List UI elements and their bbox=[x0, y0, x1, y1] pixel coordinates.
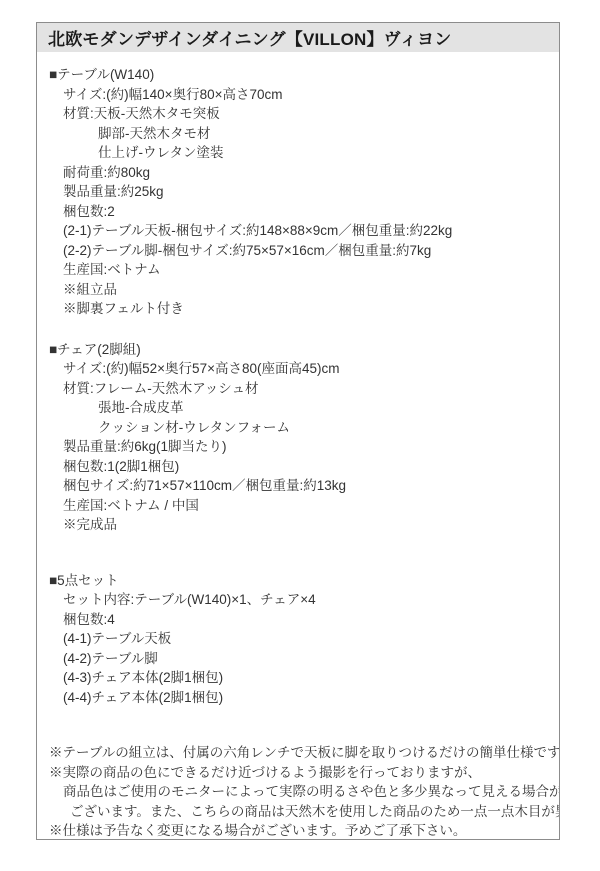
chair-origin-line: 生産国:ベトナム / 中国 bbox=[37, 496, 559, 516]
note-assembly-line: ※テーブルの組立は、付属の六角レンチで天板に脚を取りつけるだけの簡単仕様です。 bbox=[37, 743, 559, 763]
note-color-line1: ※実際の商品の色にできるだけ近づけるよう撮影を行っておりますが、 bbox=[37, 763, 559, 783]
chair-size-line: サイズ:(約)幅52×奥行57×高さ80(座面高45)cm bbox=[37, 359, 559, 379]
chair-package-size-line: 梱包サイズ:約71×57×110cm／梱包重量:約13kg bbox=[37, 476, 559, 496]
chair-cushion-line: クッション材-ウレタンフォーム bbox=[37, 418, 559, 438]
set-section-heading: ■5点セット bbox=[37, 571, 559, 591]
chair-section-heading: ■チェア(2脚組) bbox=[37, 340, 559, 360]
table-material-legs-line: 脚部-天然木タモ材 bbox=[37, 124, 559, 144]
table-package1-line: (2-1)テーブル天板-梱包サイズ:約148×88×9cm／梱包重量:約22kg bbox=[37, 221, 559, 241]
table-spec-section: ■テーブル(W140) サイズ:(約)幅140×奥行80×高さ70cm 材質:天… bbox=[37, 65, 559, 319]
note-color-line2: 商品色はご使用のモニターによって実際の明るさや色と多少異なって見える場合が bbox=[37, 782, 559, 802]
set-package-count-line: 梱包数:4 bbox=[37, 610, 559, 630]
note-spec-change-line: ※仕様は予告なく変更になる場合がございます。予めご了承下さい。 bbox=[37, 821, 559, 840]
set-package1-line: (4-1)テーブル天板 bbox=[37, 629, 559, 649]
disclaimer-notes-section: ※テーブルの組立は、付属の六角レンチで天板に脚を取りつけるだけの簡単仕様です。 … bbox=[37, 743, 559, 840]
table-material-line: 材質:天板-天然木タモ突板 bbox=[37, 104, 559, 124]
chair-spec-section: ■チェア(2脚組) サイズ:(約)幅52×奥行57×高さ80(座面高45)cm … bbox=[37, 340, 559, 535]
set-package4-line: (4-4)チェア本体(2脚1梱包) bbox=[37, 688, 559, 708]
table-felt-note-line: ※脚裏フェルト付き bbox=[37, 299, 559, 319]
table-weight-line: 製品重量:約25kg bbox=[37, 182, 559, 202]
chair-finished-note-line: ※完成品 bbox=[37, 515, 559, 535]
set-contents-line: セット内容:テーブル(W140)×1、チェア×4 bbox=[37, 590, 559, 610]
table-package2-line: (2-2)テーブル脚-梱包サイズ:約75×57×16cm／梱包重量:約7kg bbox=[37, 241, 559, 261]
set-spec-section: ■5点セット セット内容:テーブル(W140)×1、チェア×4 梱包数:4 (4… bbox=[37, 571, 559, 708]
table-material-finish-line: 仕上げ-ウレタン塗装 bbox=[37, 143, 559, 163]
spec-body: ■テーブル(W140) サイズ:(約)幅140×奥行80×高さ70cm 材質:天… bbox=[37, 52, 559, 840]
set-package3-line: (4-3)チェア本体(2脚1梱包) bbox=[37, 668, 559, 688]
table-origin-line: 生産国:ベトナム bbox=[37, 260, 559, 280]
table-load-capacity-line: 耐荷重:約80kg bbox=[37, 163, 559, 183]
chair-upholstery-line: 張地-合成皮革 bbox=[37, 398, 559, 418]
set-package2-line: (4-2)テーブル脚 bbox=[37, 649, 559, 669]
product-spec-panel: 北欧モダンデザインダイニング【VILLON】ヴィヨン ■テーブル(W140) サ… bbox=[36, 22, 560, 840]
product-title-bar: 北欧モダンデザインダイニング【VILLON】ヴィヨン bbox=[37, 23, 559, 52]
chair-weight-line: 製品重量:約6kg(1脚当たり) bbox=[37, 437, 559, 457]
table-assembly-note-line: ※組立品 bbox=[37, 280, 559, 300]
table-package-count-line: 梱包数:2 bbox=[37, 202, 559, 222]
table-section-heading: ■テーブル(W140) bbox=[37, 65, 559, 85]
table-size-line: サイズ:(約)幅140×奥行80×高さ70cm bbox=[37, 85, 559, 105]
note-color-line3: ございます。また、こちらの商品は天然木を使用した商品のため一点一点木目が異なりま… bbox=[37, 802, 559, 822]
chair-material-line: 材質:フレーム-天然木アッシュ材 bbox=[37, 379, 559, 399]
chair-package-count-line: 梱包数:1(2脚1梱包) bbox=[37, 457, 559, 477]
